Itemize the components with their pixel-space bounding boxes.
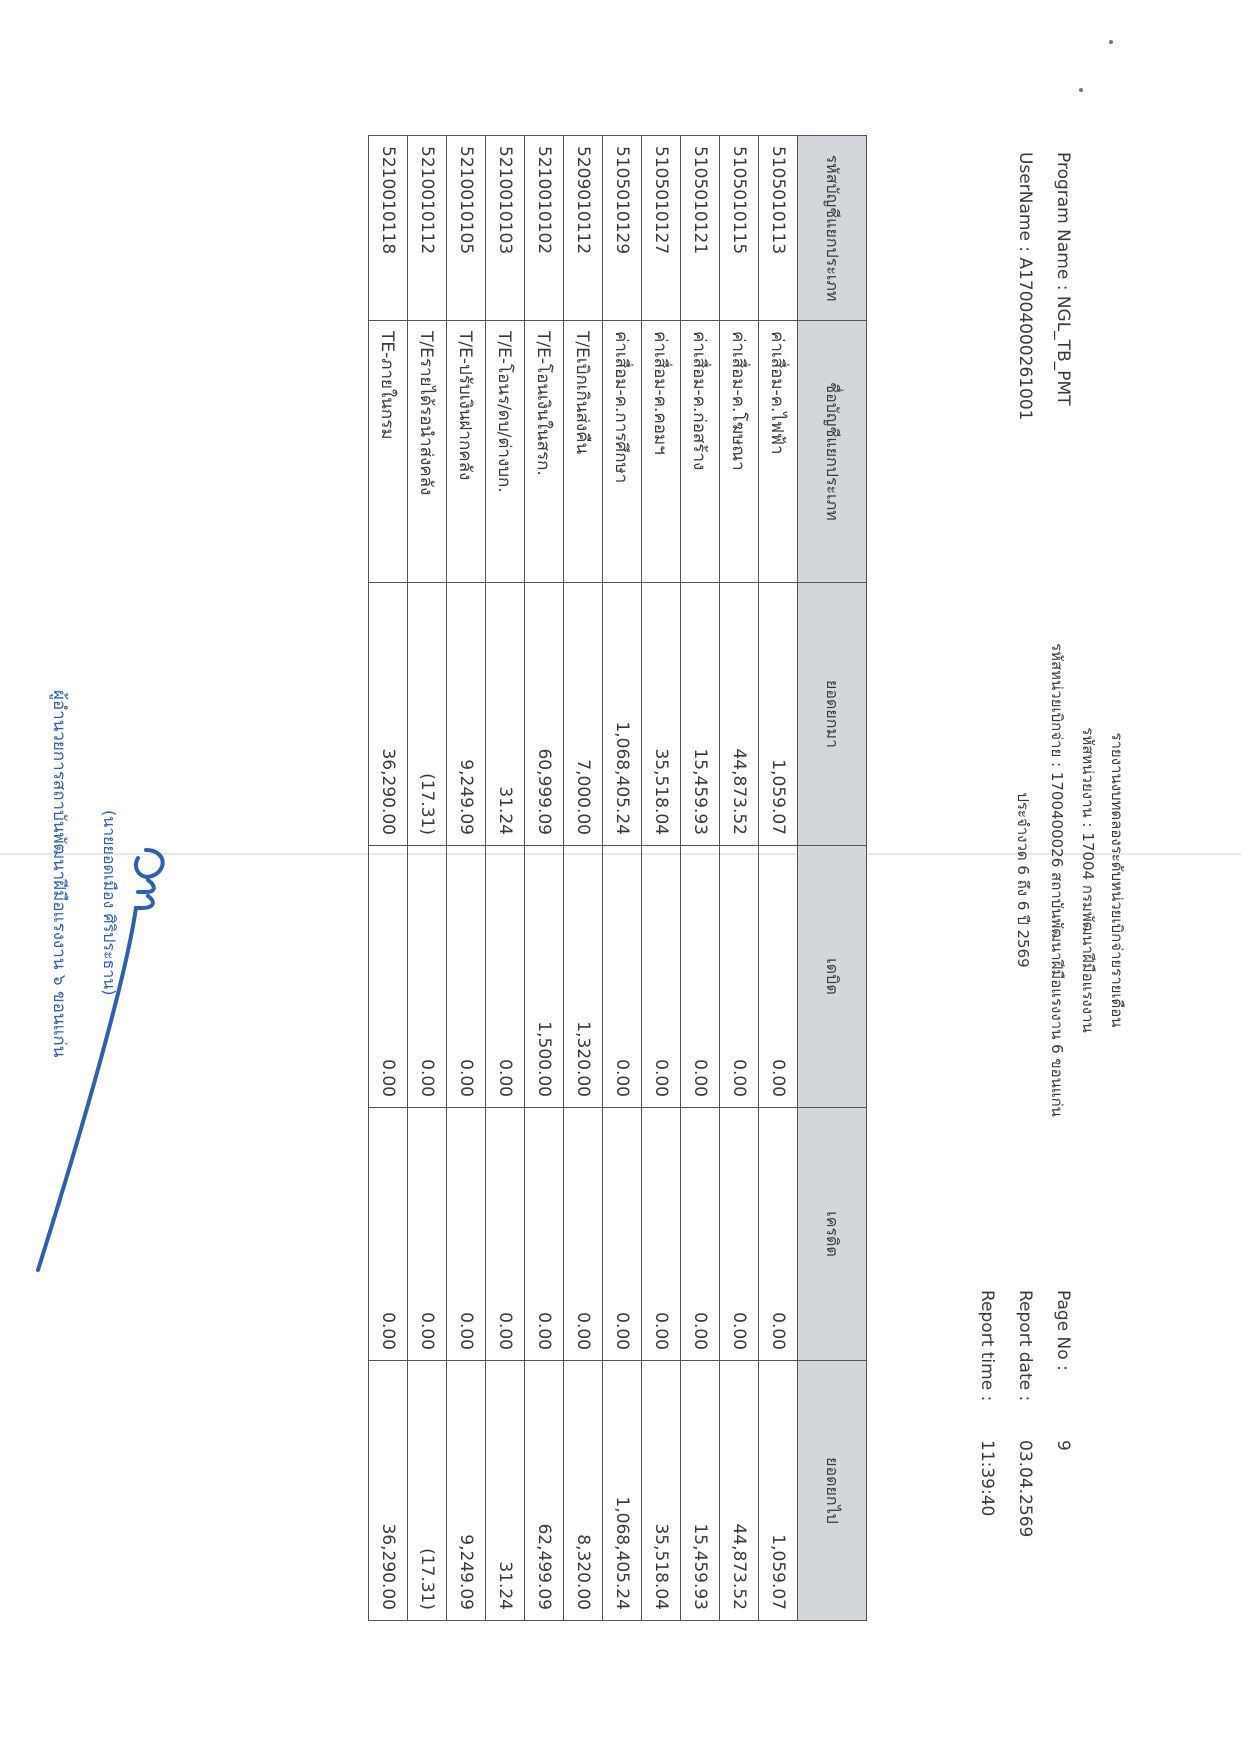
- table-row: 5210010102T/E-โอนเงินในสรก.60,999.091,50…: [525, 136, 564, 1621]
- debit-cell: 0.00: [369, 846, 408, 1108]
- report-date-label: Report date :: [1015, 1290, 1035, 1401]
- page-no-value: 9: [1053, 1440, 1073, 1451]
- closing-balance-cell: 36,290.00: [369, 1361, 408, 1621]
- table-row: 5210010103T/E-โอนร/ดบ/ต่างบก.31.240.000.…: [486, 136, 525, 1621]
- signatory-name: (นายยอดเมือง ศิริประธาน): [96, 810, 121, 995]
- closing-balance-cell: 35,518.04: [642, 1361, 681, 1621]
- credit-cell: 0.00: [564, 1108, 603, 1361]
- credit-cell: 0.00: [447, 1108, 486, 1361]
- account-code-cell: 5105010115: [720, 136, 759, 321]
- closing-balance-cell: 1,068,405.24: [603, 1361, 642, 1621]
- header-opening-balance: ยอดยกมา: [798, 583, 867, 846]
- account-name-cell: ค่าเสื่อม-ค.ไฟฟ้า: [759, 321, 798, 583]
- opening-balance-cell: 15,459.93: [681, 583, 720, 846]
- credit-cell: 0.00: [408, 1108, 447, 1361]
- scan-speck: [1109, 40, 1113, 44]
- opening-balance-cell: 1,059.07: [759, 583, 798, 846]
- credit-cell: 0.00: [681, 1108, 720, 1361]
- closing-balance-cell: 31.24: [486, 1361, 525, 1621]
- period-line: ประจำงวด 6 ถึง 6 ปี 2569: [1011, 480, 1035, 1280]
- table-row: 5210010118TE-ภายในกรม36,290.000.000.0036…: [369, 136, 408, 1621]
- account-code-cell: 5105010113: [759, 136, 798, 321]
- credit-cell: 0.00: [603, 1108, 642, 1361]
- signatory-title: ผู้อำนวยการสถาบันพัฒนาฝีมือแรงงาน ๖ ขอนแ…: [46, 690, 73, 1057]
- account-name-cell: T/Eรายได้รอนำส่งคลัง: [408, 321, 447, 583]
- account-code-cell: 5210010112: [408, 136, 447, 321]
- credit-cell: 0.00: [642, 1108, 681, 1361]
- account-name-cell: T/Eเบิกเกินส่งคืน: [564, 321, 603, 583]
- header-account-code: รหัสบัญชีแยกประเภท: [798, 136, 867, 321]
- opening-balance-cell: 44,873.52: [720, 583, 759, 846]
- account-code-cell: 5210010118: [369, 136, 408, 321]
- table-row: 5105010129ค่าเสื่อม-ค.การศึกษา1,068,405.…: [603, 136, 642, 1621]
- opening-balance-cell: (17.31): [408, 583, 447, 846]
- table-row: 5210010105T/E-ปรับเงินฝากคลัง9,249.090.0…: [447, 136, 486, 1621]
- opening-balance-cell: 35,518.04: [642, 583, 681, 846]
- disbursement-unit-line: รหัสหน่วยเบิกจ่าย : 1700400026 สถาบันพัฒ…: [1045, 480, 1069, 1280]
- report-date-value: 03.04.2569: [1015, 1440, 1035, 1537]
- table-row: 5210010112T/Eรายได้รอนำส่งคลัง(17.31)0.0…: [408, 136, 447, 1621]
- table-row: 5105010113ค่าเสื่อม-ค.ไฟฟ้า1,059.070.000…: [759, 136, 798, 1621]
- header-closing-balance: ยอดยกไป: [798, 1361, 867, 1621]
- scanned-page: Program Name : NGL_TB_PMT UserName : A17…: [0, 0, 1241, 1755]
- account-name-cell: T/E-ปรับเงินฝากคลัง: [447, 321, 486, 583]
- closing-balance-cell: 9,249.09: [447, 1361, 486, 1621]
- credit-cell: 0.00: [759, 1108, 798, 1361]
- user-name: UserName : A170040002610​01: [1015, 152, 1035, 421]
- table-row: 5105010127ค่าเสื่อม-ค.คอมฯ35,518.040.000…: [642, 136, 681, 1621]
- scan-speck: [1079, 88, 1083, 92]
- account-code-cell: 5210010102: [525, 136, 564, 321]
- closing-balance-cell: 15,459.93: [681, 1361, 720, 1621]
- page-no-label: Page No :: [1053, 1290, 1073, 1371]
- account-code-cell: 5209010112: [564, 136, 603, 321]
- table-row: 5105010121ค่าเสื่อม-ค.ก่อสร้าง15,459.930…: [681, 136, 720, 1621]
- account-name-cell: ค่าเสื่อม-ค.โฆษณา: [720, 321, 759, 583]
- credit-cell: 0.00: [486, 1108, 525, 1361]
- opening-balance-cell: 36,290.00: [369, 583, 408, 846]
- account-name-cell: T/E-โอนเงินในสรก.: [525, 321, 564, 583]
- debit-cell: 1,500.00: [525, 846, 564, 1108]
- credit-cell: 0.00: [369, 1108, 408, 1361]
- debit-cell: 0.00: [720, 846, 759, 1108]
- account-code-cell: 5210010105: [447, 136, 486, 321]
- header-debit: เดบิต: [798, 846, 867, 1108]
- account-name-cell: ค่าเสื่อม-ค.การศึกษา: [603, 321, 642, 583]
- account-code-cell: 5105010121: [681, 136, 720, 321]
- opening-balance-cell: 9,249.09: [447, 583, 486, 846]
- agency-line: รหัสหน่วยงาน : 17004 กรมพัฒนาฝีมือแรงงาน: [1076, 480, 1100, 1280]
- account-name-cell: T/E-โอนร/ดบ/ต่างบก.: [486, 321, 525, 583]
- credit-cell: 0.00: [525, 1108, 564, 1361]
- opening-balance-cell: 7,000.00: [564, 583, 603, 846]
- closing-balance-cell: 1,059.07: [759, 1361, 798, 1621]
- closing-balance-cell: 8,320.00: [564, 1361, 603, 1621]
- opening-balance-cell: 1,068,405.24: [603, 583, 642, 846]
- account-name-cell: ค่าเสื่อม-ค.คอมฯ: [642, 321, 681, 583]
- report-time-value: 11:39:40: [977, 1440, 997, 1516]
- account-name-cell: ค่าเสื่อม-ค.ก่อสร้าง: [681, 321, 720, 583]
- account-code-cell: 5105010129: [603, 136, 642, 321]
- account-code-cell: 5105010127: [642, 136, 681, 321]
- debit-cell: 0.00: [681, 846, 720, 1108]
- table-row: 5209010112T/Eเบิกเกินส่งคืน7,000.001,320…: [564, 136, 603, 1621]
- credit-cell: 0.00: [720, 1108, 759, 1361]
- debit-cell: 0.00: [408, 846, 447, 1108]
- report-time-label: Report time :: [977, 1290, 997, 1401]
- account-code-cell: 5210010103: [486, 136, 525, 321]
- report-title: รายงานงบทดลองระดับหน่วยเบิกจ่ายรายเดือน: [1105, 480, 1129, 1280]
- closing-balance-cell: 44,873.52: [720, 1361, 759, 1621]
- opening-balance-cell: 31.24: [486, 583, 525, 846]
- opening-balance-cell: 60,999.09: [525, 583, 564, 846]
- debit-cell: 0.00: [603, 846, 642, 1108]
- closing-balance-cell: (17.31): [408, 1361, 447, 1621]
- debit-cell: 0.00: [642, 846, 681, 1108]
- header-account-name: ชื่อบัญชีแยกประเภท: [798, 321, 867, 583]
- debit-cell: 0.00: [759, 846, 798, 1108]
- table-row: 5105010115ค่าเสื่อม-ค.โฆษณา44,873.520.00…: [720, 136, 759, 1621]
- trial-balance-table: รหัสบัญชีแยกประเภท ชื่อบัญชีแยกประเภท ยอ…: [368, 135, 867, 1621]
- debit-cell: 0.00: [486, 846, 525, 1108]
- account-name-cell: TE-ภายในกรม: [369, 321, 408, 583]
- debit-cell: 1,320.00: [564, 846, 603, 1108]
- program-name: Program Name : NGL_TB_PMT: [1053, 152, 1073, 406]
- header-credit: เครดิต: [798, 1108, 867, 1361]
- closing-balance-cell: 62,499.09: [525, 1361, 564, 1621]
- debit-cell: 0.00: [447, 846, 486, 1108]
- table-header-row: รหัสบัญชีแยกประเภท ชื่อบัญชีแยกประเภท ยอ…: [798, 136, 867, 1621]
